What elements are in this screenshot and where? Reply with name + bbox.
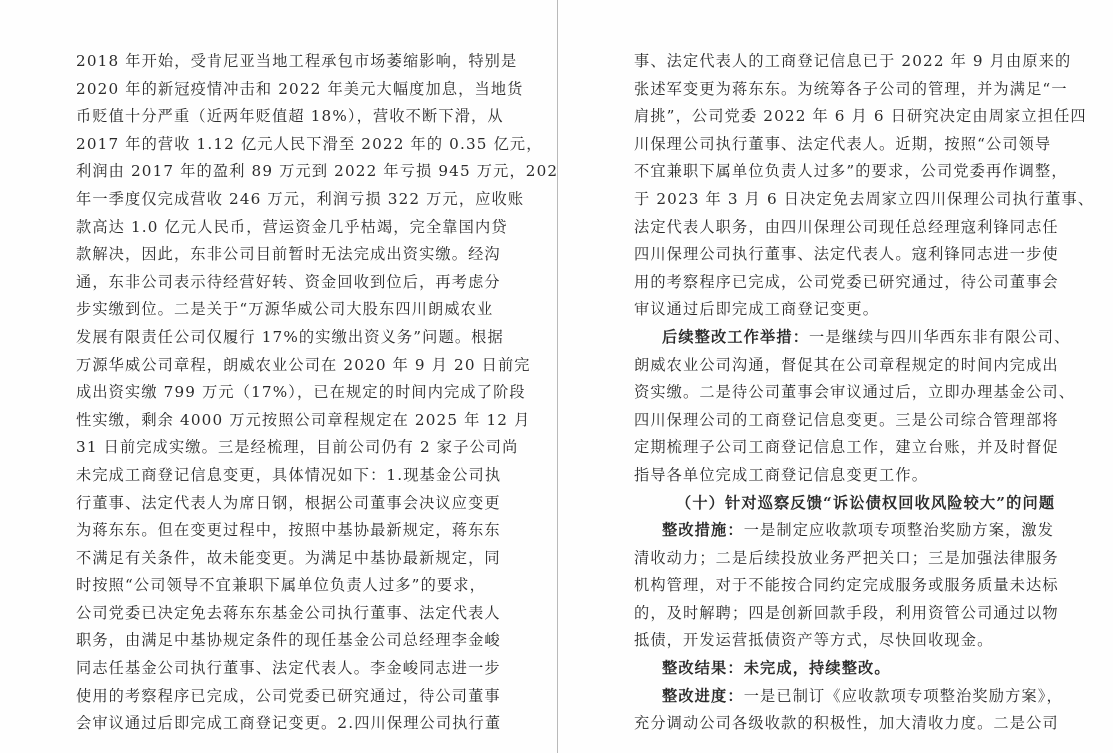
text-line: 不宜兼职下属单位负责人过多”的要求，公司党委再作调整，: [634, 158, 1029, 186]
text-line: 为蒋东东。但在变更过程中，按照中基协最新规定，蒋东东: [76, 517, 468, 545]
text-line: 充分调动公司各级收款的积极性，加大清收力度。二是公司: [634, 710, 1029, 738]
text-line: 会审议通过后即完成工商登记变更。2.四川保理公司执行董: [76, 710, 468, 738]
measures-paragraph-start: 整改措施：一是制定应收款项专项整治奖励方案，激发: [634, 517, 1029, 545]
text-line: 用的考察程序已完成，公司党委已研究通过，待公司董事会: [634, 269, 1029, 297]
text-line: 步实缴到位。二是关于“万源华威公司大股东四川朗威农业: [76, 296, 468, 324]
text-line: 通，东非公司表示待经营好转、资金回收到位后，再考虑分: [76, 269, 468, 297]
text-line: 2020 年的新冠疫情冲击和 2022 年美元大幅度加息，当地货: [76, 76, 468, 104]
text-line: 成出资实缴 799 万元（17%），已在规定的时间内完成了阶段: [76, 379, 468, 407]
right-page-text: 事、法定代表人的工商登记信息已于 2022 年 9 月由原来的 张述军变更为蒋东…: [634, 48, 1029, 738]
text-line: 利润由 2017 年的盈利 89 万元到 2022 年亏损 945 万元，202…: [76, 158, 468, 186]
text-line: 职务，由满足中基协规定条件的现任基金公司总经理李金峻: [76, 627, 468, 655]
text-line: 抵债，开发运营抵债资产等方式，尽快回收现金。: [634, 627, 1029, 655]
text-line: 清收动力；二是后续投放业务严把关口；三是加强法律服务: [634, 545, 1029, 573]
text-line: 机构管理，对于不能按合同约定完成服务或服务质量未达标: [634, 572, 1029, 600]
measures-text: 一是制定应收款项专项整治奖励方案，激发: [744, 521, 1054, 539]
measures-heading: 整改措施：: [662, 521, 744, 539]
progress-text: 一是已制订《应收款项专项整治奖励方案》，: [744, 687, 1063, 705]
text-line: 发展有限责任公司仅履行 17%的实缴出资义务”问题。根据: [76, 324, 468, 352]
text-line: 于 2023 年 3 月 6 日决定免去周家立四川保理公司执行董事、: [634, 186, 1029, 214]
text-line: 不满足有关条件，故未能变更。为满足中基协最新规定，同: [76, 545, 468, 573]
text-line: 2017 年的营收 1.12 亿元人民下滑至 2022 年的 0.35 亿元，: [76, 131, 468, 159]
text-line: 朗威农业公司沟通，督促其在公司章程规定的时间内完成出: [634, 352, 1029, 380]
text-line: 时按照“公司领导不宜兼职下属单位负责人过多”的要求，: [76, 572, 468, 600]
text-line: 万源华威公司章程，朗威农业公司在 2020 年 9 月 20 日前完: [76, 352, 468, 380]
followup-text: 一是继续与四川华西东非有限公司、: [809, 328, 1070, 346]
text-line: 币贬值十分严重（近两年贬值超 18%），营收不断下滑，从: [76, 103, 468, 131]
text-line: 法定代表人职务，由四川保理公司现任总经理寇利锋同志任: [634, 214, 1029, 242]
text-line: 2018 年开始，受肯尼亚当地工程承包市场萎缩影响，特别是: [76, 48, 468, 76]
progress-heading: 整改进度：: [662, 687, 744, 705]
progress-paragraph-start: 整改进度：一是已制订《应收款项专项整治奖励方案》，: [634, 683, 1029, 711]
result-text: 未完成，持续整改。: [744, 659, 891, 677]
section-title: （十）针对巡察反馈“诉讼债权回收风险较大”的问题: [634, 490, 1029, 518]
left-page-text: 2018 年开始，受肯尼亚当地工程承包市场萎缩影响，特别是 2020 年的新冠疫…: [76, 48, 468, 738]
text-line: 性实缴，剩余 4000 万元按照公司章程规定在 2025 年 12 月: [76, 407, 468, 435]
text-line: 同志任基金公司执行董事、法定代表人。李金峻同志进一步: [76, 655, 468, 683]
text-line: 的，及时解聘；四是创新回款手段，利用资管公司通过以物: [634, 600, 1029, 628]
result-paragraph: 整改结果：未完成，持续整改。: [634, 655, 1029, 683]
text-line: 审议通过后即完成工商登记变更。: [634, 296, 1029, 324]
text-line: 定期梳理子公司工商登记信息工作，建立台账，并及时督促: [634, 434, 1029, 462]
text-line: 年一季度仅完成营收 246 万元，利润亏损 322 万元，应收账: [76, 186, 468, 214]
text-line: 川保理公司执行董事、法定代表人。近期，按照“公司领导: [634, 131, 1029, 159]
text-line: 公司党委已决定免去蒋东东基金公司执行董事、法定代表人: [76, 600, 468, 628]
text-line: 事、法定代表人的工商登记信息已于 2022 年 9 月由原来的: [634, 48, 1029, 76]
followup-heading: 后续整改工作举措：: [662, 328, 809, 346]
left-page: 2018 年开始，受肯尼亚当地工程承包市场萎缩影响，特别是 2020 年的新冠疫…: [0, 0, 557, 753]
followup-paragraph-start: 后续整改工作举措：一是继续与四川华西东非有限公司、: [634, 324, 1029, 352]
text-line: 指导各单位完成工商登记信息变更工作。: [634, 462, 1029, 490]
text-line: 四川保理公司的工商登记信息变更。三是公司综合管理部将: [634, 407, 1029, 435]
text-line: 肩挑”，公司党委 2022 年 6 月 6 日研究决定由周家立担任四: [634, 103, 1029, 131]
text-line: 行董事、法定代表人为席日钢，根据公司董事会决议应变更: [76, 490, 468, 518]
text-line: 四川保理公司执行董事、法定代表人。寇利锋同志进一步使: [634, 241, 1029, 269]
text-line: 张述军变更为蒋东东。为统筹各子公司的管理，并为满足“一: [634, 76, 1029, 104]
text-line: 未完成工商登记信息变更，具体情况如下：1.现基金公司执: [76, 462, 468, 490]
text-line: 款解决，因此，东非公司目前暂时无法完成出资实缴。经沟: [76, 241, 468, 269]
text-line: 资实缴。二是待公司董事会审议通过后，立即办理基金公司、: [634, 379, 1029, 407]
text-line: 款高达 1.0 亿元人民币，营运资金几乎枯竭，完全靠国内贷: [76, 214, 468, 242]
text-line: 使用的考察程序已完成，公司党委已研究通过，待公司董事: [76, 683, 468, 711]
text-line: 31 日前完成实缴。三是经梳理，目前公司仍有 2 家子公司尚: [76, 434, 468, 462]
result-heading: 整改结果：: [662, 659, 744, 677]
